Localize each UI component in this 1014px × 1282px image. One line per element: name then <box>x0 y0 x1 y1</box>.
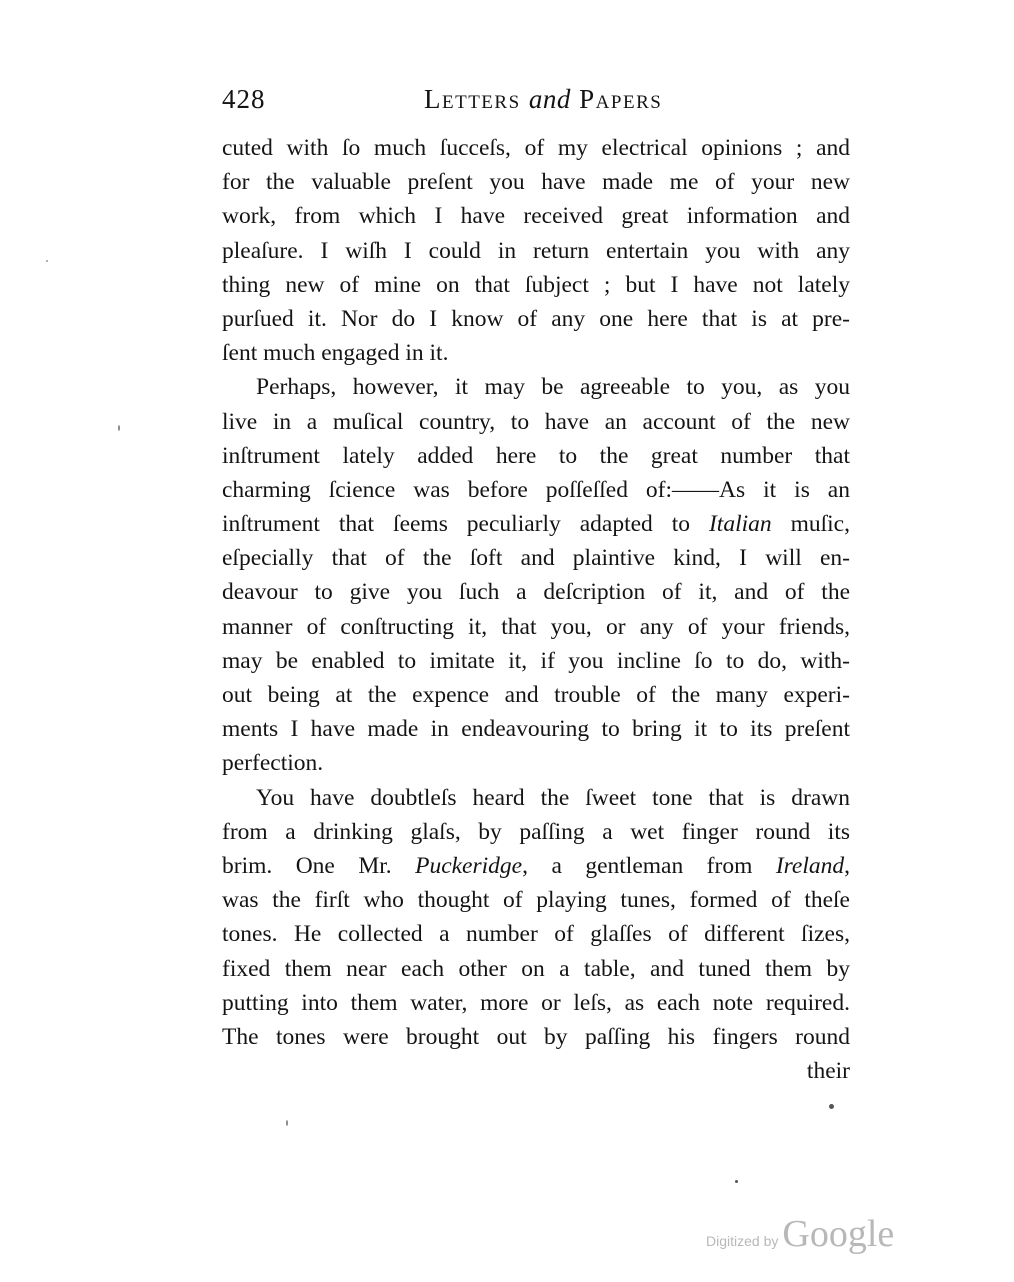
text-line: deavour to give you ſuch a deſcription o… <box>222 575 850 609</box>
italic-term-italian: Italian <box>709 511 772 537</box>
text-run: brim. One Mr. <box>222 853 415 879</box>
text-line: live in a muſical country, to have an ac… <box>222 405 850 439</box>
text-line: charming ſcience was before poſſeſſed of… <box>222 473 850 507</box>
text-run: , <box>844 853 850 879</box>
text-line: putting into them water, more or leſs, a… <box>222 986 850 1020</box>
text-run: inſtrument that ſeems peculiarly adapted… <box>222 511 709 537</box>
running-title-part2: Papers <box>571 84 662 114</box>
text-line: from a drinking glaſs, by paſſing a wet … <box>222 815 850 849</box>
text-line: inſtrument that ſeems peculiarly adapted… <box>222 507 850 541</box>
scan-speck <box>118 425 120 431</box>
running-title-part1: Letters <box>424 84 529 114</box>
text-line: You have doubtleſs heard the ſweet tone … <box>222 781 850 815</box>
text-line: brim. One Mr. Puckeridge, a gentleman fr… <box>222 849 850 883</box>
scan-speck <box>286 1120 288 1126</box>
text-line: may be enabled to imitate it, if you inc… <box>222 644 850 678</box>
text-line: thing new of mine on that ſubject ; but … <box>222 268 850 302</box>
text-line: cuted with ſo much ſucceſs, of my electr… <box>222 131 850 165</box>
text-line: work, from which I have received great i… <box>222 199 850 233</box>
page-number: 428 <box>222 84 266 115</box>
text-run: , a gentleman from <box>522 853 776 879</box>
text-line: pleaſure. I wiſh I could in return enter… <box>222 234 850 268</box>
text-line: perfection. <box>222 746 850 780</box>
text-line: The tones were brought out by paſſing hi… <box>222 1020 850 1054</box>
text-line: ments I have made in endeavouring to bri… <box>222 712 850 746</box>
watermark-prefix: Digitized by <box>706 1233 778 1249</box>
digitized-by-google-watermark: Digitized by Google <box>706 1212 894 1256</box>
text-line: purſued it. Nor do I know of any one her… <box>222 302 850 336</box>
text-line: inſtrument lately added here to the grea… <box>222 439 850 473</box>
google-logo-text: Google <box>782 1213 894 1255</box>
running-head: 428 Letters and Papers <box>222 84 854 124</box>
text-line: tones. He collected a number of glaſſes … <box>222 917 850 951</box>
scan-speck <box>46 260 48 262</box>
text-run: muſic, <box>772 511 850 537</box>
text-line: for the valuable preſent you have made m… <box>222 165 850 199</box>
text-line: Perhaps, however, it may be agreeable to… <box>222 370 850 404</box>
text-line: out being at the expence and trouble of … <box>222 678 850 712</box>
body-text: cuted with ſo much ſucceſs, of my electr… <box>222 131 850 1088</box>
catchword: their <box>222 1054 850 1088</box>
text-line: fixed them near each other on a table, a… <box>222 952 850 986</box>
scan-speck <box>829 1104 834 1109</box>
scan-speck <box>735 1180 738 1183</box>
italic-place-ireland: Ireland <box>776 853 844 879</box>
text-line: was the firſt who thought of playing tun… <box>222 883 850 917</box>
book-page: 428 Letters and Papers cuted with ſo muc… <box>0 0 1014 1282</box>
text-line: manner of conſtructing it, that you, or … <box>222 610 850 644</box>
running-title: Letters and Papers <box>424 84 662 115</box>
text-line: eſpecially that of the ſoft and plaintiv… <box>222 541 850 575</box>
italic-name-puckeridge: Puckeridge <box>415 853 522 879</box>
text-line: ſent much engaged in it. <box>222 336 850 370</box>
running-title-italic: and <box>529 84 571 114</box>
